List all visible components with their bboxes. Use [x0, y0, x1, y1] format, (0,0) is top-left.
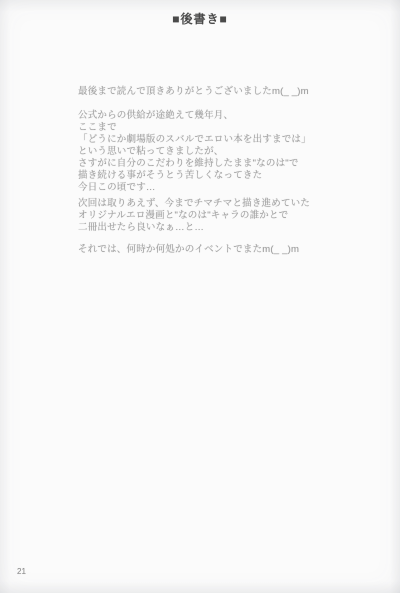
text-line: 「どうにか劇場版のスバルでエロい本を出すまでは」 [78, 134, 358, 146]
page-number: 21 [17, 567, 26, 576]
text-line: ここまで [78, 122, 358, 134]
scanned-afterword-page: ■後書き■ 最後まで読んで頂きありがとうございましたm(_ _)m公式からの供給… [0, 0, 400, 593]
paragraph: それでは、何時か何処かのイベントでまたm(_ _)m [78, 244, 358, 256]
paragraph: 次回は取りあえず、今までチマチマと描き進めていたオリジナルエロ漫画と"なのは"キ… [78, 198, 358, 234]
text-line: 二冊出せたら良いなぁ…と… [78, 222, 358, 234]
text-line: 今日この頃です… [78, 182, 358, 194]
text-line: 最後まで読んで頂きありがとうございましたm(_ _)m [78, 86, 358, 98]
page-title: ■後書き■ [0, 10, 400, 27]
text-line: という思いで粘ってきましたが、 [78, 146, 358, 158]
text-line: それでは、何時か何処かのイベントでまたm(_ _)m [78, 244, 358, 256]
text-line: オリジナルエロ漫画と"なのは"キャラの誰かとで [78, 210, 358, 222]
text-line: 次回は取りあえず、今までチマチマと描き進めていた [78, 198, 358, 210]
text-line: さすがに自分のこだわりを維持したまま"なのは"で [78, 158, 358, 170]
paragraph: 公式からの供給が途絶えて幾年月、ここまで「どうにか劇場版のスバルでエロい本を出す… [78, 110, 358, 194]
text-line: 描き続ける事がそうとう苦しくなってきた [78, 170, 358, 182]
paragraph: 最後まで読んで頂きありがとうございましたm(_ _)m [78, 86, 358, 98]
text-line: 公式からの供給が途絶えて幾年月、 [78, 110, 358, 122]
afterword-text: 最後まで読んで頂きありがとうございましたm(_ _)m公式からの供給が途絶えて幾… [78, 86, 358, 256]
